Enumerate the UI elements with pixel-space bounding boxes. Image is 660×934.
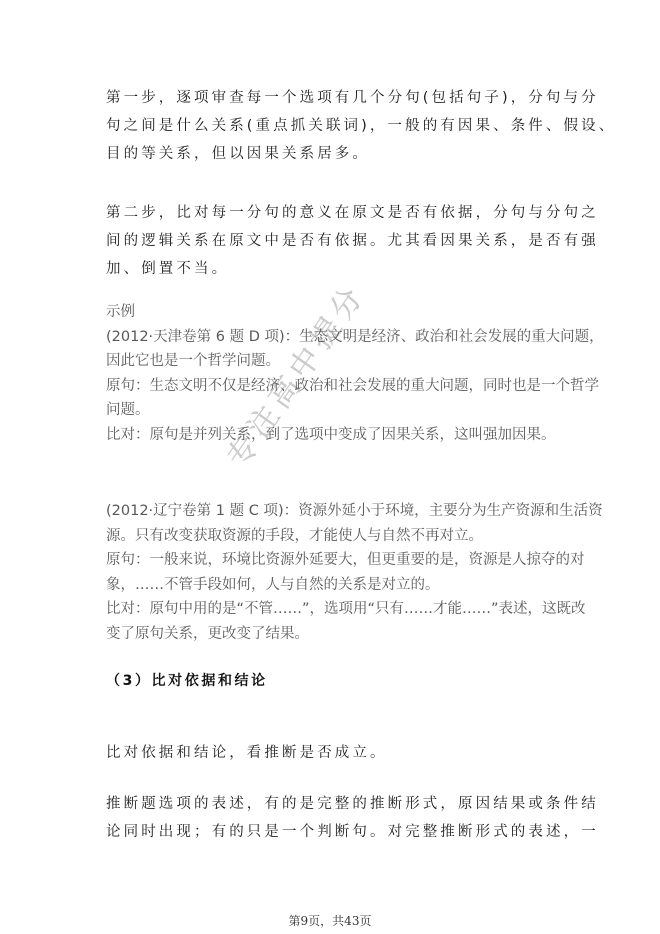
example1-block: 示例 (2012·天津卷第 6 题 D 项)：生态文明是经济、政治和社会发展的重… — [106, 300, 556, 447]
step2-paragraph: 第二步，比对每一分句的意义在原文是否有依据，分句与分句之 间的逻辑关系在原文中是… — [106, 199, 554, 283]
text-line: 比对：原句是并列关系，到了选项中变成了因果关系，这叫强加因果。 — [106, 423, 556, 448]
text-line: 变了原句关系，更改变了结果。 — [106, 622, 556, 647]
example2-block: (2012·辽宁卷第 1 题 C 项)：资源外延小于环境，主要分为生产资源和生活… — [106, 499, 556, 646]
text-line: 象，……不管手段如何，人与自然的关系是对立的。 — [106, 573, 556, 598]
text-line: 句之间是什么关系(重点抓关联词)，一般的有因果、条件、假设、 — [106, 112, 554, 140]
step1-paragraph: 第一步，逐项审查每一个选项有几个分句(包括句子)，分句与分 句之间是什么关系(重… — [106, 84, 554, 168]
text-line: 论同时出现；有的只是一个判断句。对完整推断形式的表述，一 — [106, 818, 554, 846]
text-line: 比对依据和结论，看推断是否成立。 — [106, 739, 554, 767]
example-label: 示例 — [106, 300, 556, 325]
text-line: 比对：原句中用的是“不管……”，选项用“只有……才能……”表述，这既改 — [106, 597, 556, 622]
text-line: 原句：一般来说，环境比资源外延要大，但更重要的是，资源是人掠夺的对 — [106, 548, 556, 573]
section-heading: （3）比对依据和结论 — [106, 671, 268, 691]
text-line: 间的逻辑关系在原文中是否有依据。尤其看因果关系，是否有强 — [106, 227, 554, 255]
text-line: 第一步，逐项审查每一个选项有几个分句(包括句子)，分句与分 — [106, 84, 554, 112]
page-footer: 第9页，共43页 — [0, 912, 660, 929]
text-line: 问题。 — [106, 398, 556, 423]
text-line: 推断题选项的表述，有的是完整的推断形式，原因结果或条件结 — [106, 790, 554, 818]
text-line: 因此它也是一个哲学问题。 — [106, 349, 556, 374]
text-line: 加、倒置不当。 — [106, 255, 554, 283]
section3-intro: 比对依据和结论，看推断是否成立。 — [106, 739, 554, 767]
text-line: 原句：生态文明不仅是经济、政治和社会发展的重大问题，同时也是一个哲学 — [106, 374, 556, 399]
text-line: 第二步，比对每一分句的意义在原文是否有依据，分句与分句之 — [106, 199, 554, 227]
text-line: 目的等关系，但以因果关系居多。 — [106, 140, 554, 168]
text-line: (2012·天津卷第 6 题 D 项)：生态文明是经济、政治和社会发展的重大问题… — [106, 325, 556, 350]
text-line: (2012·辽宁卷第 1 题 C 项)：资源外延小于环境，主要分为生产资源和生活… — [106, 499, 556, 524]
text-line: 源。只有改变获取资源的手段，才能使人与自然不再对立。 — [106, 524, 556, 549]
document-page: 第一步，逐项审查每一个选项有几个分句(包括句子)，分句与分 句之间是什么关系(重… — [0, 0, 660, 934]
section3-paragraph: 推断题选项的表述，有的是完整的推断形式，原因结果或条件结 论同时出现；有的只是一… — [106, 790, 554, 846]
